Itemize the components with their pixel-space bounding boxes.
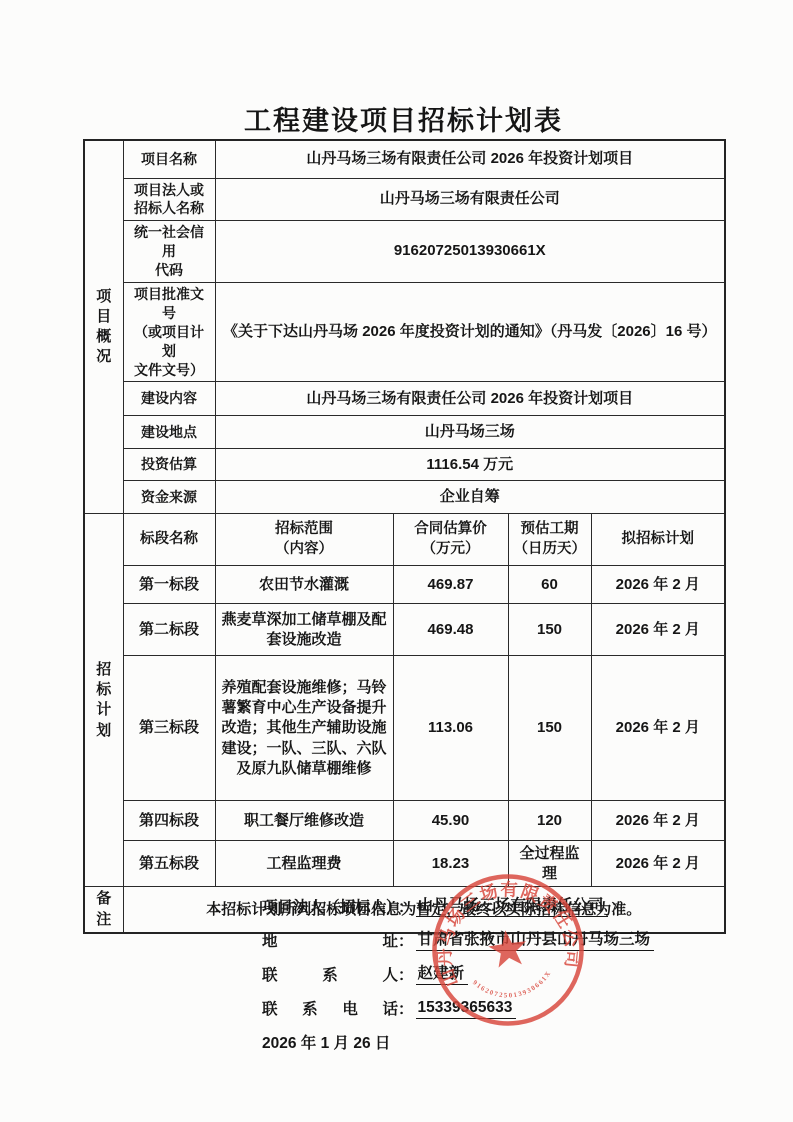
col-header-scope: 招标范围 （内容） [215,514,393,566]
bid-price: 469.87 [393,566,508,604]
colon: ： [398,997,414,1019]
field-value-legal-person: 山丹马场三场有限责任公司 [215,178,725,221]
legal-person-value: 山丹马场三场有限责任公司 [416,893,608,917]
contact-person-value: 赵建新 [416,961,469,985]
field-label-build-content: 建设内容 [123,382,215,416]
bid-section-name: 第四标段 [123,801,215,841]
colon: ： [398,929,414,951]
section-label-plan: 招 标 计 划 [84,514,123,887]
bid-scope: 养殖配套设施维修；马铃薯繁育中心生产设备提升改造；其他生产辅助设施建设；一队、三… [215,656,393,801]
bid-section-name: 第三标段 [123,656,215,801]
bid-schedule: 2026 年 2 月 [591,841,725,887]
field-value-investment: 1116.54 万元 [215,449,725,481]
table-row: 第三标段 养殖配套设施维修；马铃薯繁育中心生产设备提升改造；其他生产辅助设施建设… [84,656,725,801]
bid-price: 45.90 [393,801,508,841]
bidding-plan-table: 项 目 概 况 项目名称 山丹马场三场有限责任公司 2026 年投资计划项目 项… [83,139,726,934]
section-label-overview: 项 目 概 况 [84,140,123,514]
address-line: 地址：甘肃省张掖市山丹县山丹马场三场 [262,929,654,951]
field-label-funding: 资金来源 [123,481,215,514]
bid-duration: 150 [508,656,591,801]
field-value-project-name: 山丹马场三场有限责任公司 2026 年投资计划项目 [215,140,725,178]
colon: ： [398,963,414,985]
field-label-credit-code: 统一社会信用 代码 [123,221,215,283]
bid-duration: 120 [508,801,591,841]
phone-line: 联系电话：15339365633 [262,997,654,1019]
field-label-investment: 投资估算 [123,449,215,481]
bid-duration: 全过程监理 [508,841,591,887]
bid-schedule: 2026 年 2 月 [591,604,725,656]
footer-contact-block: 项目法人（招标人）：山丹马场三场有限责任公司 地址：甘肃省张掖市山丹县山丹马场三… [262,895,654,1053]
bid-price: 113.06 [393,656,508,801]
page-title: 工程建设项目招标计划表 [83,99,724,138]
bid-scope: 农田节水灌溉 [215,566,393,604]
colon: ： [398,895,414,917]
field-value-location: 山丹马场三场 [215,416,725,449]
bid-section-name: 第五标段 [123,841,215,887]
col-header-duration: 预估工期 （日历天） [508,514,591,566]
bid-section-name: 第二标段 [123,604,215,656]
bid-schedule: 2026 年 2 月 [591,566,725,604]
bid-price: 18.23 [393,841,508,887]
bid-schedule: 2026 年 2 月 [591,801,725,841]
bid-scope: 燕麦草深加工储草棚及配套设施改造 [215,604,393,656]
col-header-price: 合同估算价 （万元） [393,514,508,566]
field-value-build-content: 山丹马场三场有限责任公司 2026 年投资计划项目 [215,382,725,416]
legal-person-label: 项目法人（招标人） [262,895,398,917]
section-label-remark: 备 注 [84,887,123,933]
field-value-credit-code: 91620725013930661X [215,221,725,283]
contact-person-line: 联系人：赵建新 [262,963,654,985]
field-label-project-name: 项目名称 [123,140,215,178]
field-label-location: 建设地点 [123,416,215,449]
date-line: 2026 年 1 月 26 日 [262,1031,654,1053]
address-value: 甘肃省张掖市山丹县山丹马场三场 [416,927,655,951]
bid-duration: 60 [508,566,591,604]
field-label-legal-person: 项目法人或 招标人名称 [123,178,215,221]
bid-schedule: 2026 年 2 月 [591,656,725,801]
table-row: 第五标段 工程监理费 18.23 全过程监理 2026 年 2 月 [84,841,725,887]
bid-scope: 工程监理费 [215,841,393,887]
table-row: 第一标段 农田节水灌溉 469.87 60 2026 年 2 月 [84,566,725,604]
table-row: 第四标段 职工餐厅维修改造 45.90 120 2026 年 2 月 [84,801,725,841]
col-header-schedule: 拟招标计划 [591,514,725,566]
field-value-approval-doc: 《关于下达山丹马场 2026 年度投资计划的通知》（丹马发〔2026〕16 号） [215,282,725,381]
bid-price: 469.48 [393,604,508,656]
address-label: 地址 [262,929,398,951]
field-label-approval-doc: 项目批准文号 （或项目计划 文件文号） [123,282,215,381]
phone-label: 联系电话 [262,997,398,1019]
field-value-funding: 企业自筹 [215,481,725,514]
phone-value: 15339365633 [416,999,517,1019]
table-row: 第二标段 燕麦草深加工储草棚及配套设施改造 469.48 150 2026 年 … [84,604,725,656]
bid-duration: 150 [508,604,591,656]
col-header-section-name: 标段名称 [123,514,215,566]
contact-person-label: 联系人 [262,963,398,985]
bid-section-name: 第一标段 [123,566,215,604]
legal-person-line: 项目法人（招标人）：山丹马场三场有限责任公司 [262,895,654,917]
bid-scope: 职工餐厅维修改造 [215,801,393,841]
